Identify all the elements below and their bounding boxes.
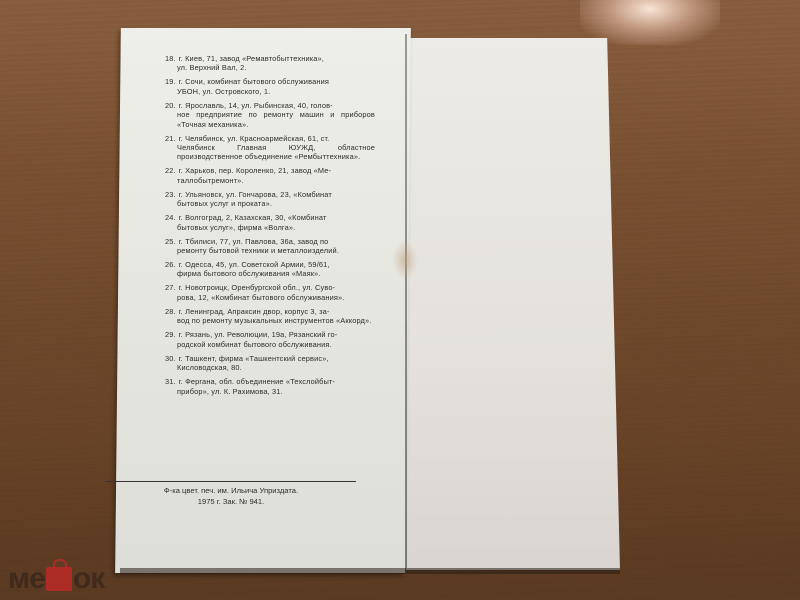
entry-text: г. Ульяновск, ул. Гончарова, 23, «Комбин…: [179, 190, 332, 199]
entry-text: г. Волгоград, 2, Казахская, 30, «Комбина…: [179, 213, 327, 222]
entry-text: г. Ленинград, Апраксин двор, корпус 3, з…: [179, 307, 330, 316]
entry-number: 23.: [165, 190, 176, 199]
entry-number: 21.: [165, 134, 176, 143]
entry-text-cont: Кисловодская, 80.: [165, 363, 375, 372]
list-item: 23.г. Ульяновск, ул. Гончарова, 23, «Ком…: [165, 190, 375, 209]
page-edge-shadow: [120, 568, 620, 574]
entry-text: г. Фергана, обл. объединение «Техслойбыт…: [179, 377, 335, 386]
entry-text: г. Харьков, пер. Короленко, 21, завод «М…: [179, 166, 331, 175]
shopping-bag-icon: [46, 567, 72, 591]
watermark-text-left: ме: [8, 562, 45, 595]
list-item: 21.г. Челябинск, ул. Красноармейская, 61…: [165, 134, 375, 162]
watermark-text-right: ок: [73, 562, 104, 595]
list-item: 27.г. Новотроицк, Оренбургской обл., ул.…: [165, 283, 375, 302]
entry-text-cont: УБОН, ул. Островского, 1.: [165, 87, 375, 96]
entry-text-cont: бытовых услуг», фирма «Волга».: [165, 223, 375, 232]
list-item: 19.г. Сочи, комбинат бытового обслуживан…: [165, 77, 375, 96]
entry-text: г. Сочи, комбинат бытового обслуживания: [179, 77, 329, 86]
entry-number: 26.: [165, 260, 176, 269]
entry-number: 22.: [165, 166, 176, 175]
imprint-line-2: 1975 г. Зак. № 941.: [106, 497, 356, 508]
entry-text-cont: прибор», ул. К. Рахимова, 31.: [165, 387, 375, 396]
list-item: 30.г. Ташкент, фирма «Ташкентский сервис…: [165, 354, 375, 373]
entry-text-cont: фирма бытового обслуживания «Маяк».: [165, 269, 375, 278]
entry-text-cont: ное предприятие по ремонту машин и прибо…: [165, 110, 375, 129]
entry-text-cont: родской комбинат бытового обслуживания.: [165, 340, 375, 349]
entry-number: 24.: [165, 213, 176, 222]
list-item: 31.г. Фергана, обл. объединение «Техслой…: [165, 377, 375, 396]
spine-stain: [392, 240, 418, 280]
imprint-divider: [106, 481, 356, 482]
entry-number: 27.: [165, 283, 176, 292]
entry-number: 30.: [165, 354, 176, 363]
entry-text: г. Киев, 71, завод «Ремавтобыттехника»,: [179, 54, 324, 63]
entry-number: 20.: [165, 101, 176, 110]
entry-number: 19.: [165, 77, 176, 86]
entry-text: г. Одесса, 45, ул. Советской Армии, 59/6…: [179, 260, 330, 269]
entry-text-cont: бытовых услуг и проката».: [165, 199, 375, 208]
entry-number: 29.: [165, 330, 176, 339]
list-item: 22.г. Харьков, пер. Короленко, 21, завод…: [165, 166, 375, 185]
entry-number: 25.: [165, 237, 176, 246]
watermark-logo: меок: [8, 562, 104, 596]
list-item: 25.г. Тбилиси, 77, ул. Павлова, 36а, зав…: [165, 237, 375, 256]
list-item: 18.г. Киев, 71, завод «Ремавтобыттехника…: [165, 54, 375, 73]
entry-text: г. Челябинск, ул. Красноармейская, 61, с…: [179, 134, 330, 143]
entry-text: г. Ярославль, 14, ул. Рыбинская, 40, гол…: [179, 101, 333, 110]
right-page: [406, 38, 620, 570]
entry-text-cont: рова, 12, «Комбинат бытового обслуживани…: [165, 293, 375, 302]
list-item: 29.г. Рязань, ул. Революции, 19а, Рязанс…: [165, 330, 375, 349]
list-item: 28.г. Ленинград, Апраксин двор, корпус 3…: [165, 307, 375, 326]
entry-text-cont: ремонту бытовой техники и металлоизделий…: [165, 246, 375, 255]
entry-text-cont: ул. Верхний Вал, 2.: [165, 63, 375, 72]
list-item: 24.г. Волгоград, 2, Казахская, 30, «Комб…: [165, 213, 375, 232]
entry-text-cont: вод по ремонту музыкальных инструментов …: [165, 316, 375, 325]
booklet-spine: [405, 34, 407, 568]
entry-number: 31.: [165, 377, 176, 386]
entry-text-cont: Челябинск Главная ЮУЖД, областное произв…: [165, 143, 375, 162]
entry-number: 28.: [165, 307, 176, 316]
address-list: 18.г. Киев, 71, завод «Ремавтобыттехника…: [165, 54, 375, 401]
entry-text: г. Ташкент, фирма «Ташкентский сервис»,: [179, 354, 329, 363]
entry-number: 18.: [165, 54, 176, 63]
entry-text-cont: таллобытремонт».: [165, 176, 375, 185]
imprint-line-1: Ф-ка цвет. печ. им. Ильича Уприздата.: [106, 486, 356, 497]
entry-text: г. Новотроицк, Оренбургской обл., ул. Су…: [179, 283, 335, 292]
printer-imprint: Ф-ка цвет. печ. им. Ильича Уприздата. 19…: [106, 486, 356, 507]
entry-text: г. Рязань, ул. Революции, 19а, Рязанский…: [179, 330, 338, 339]
list-item: 20.г. Ярославль, 14, ул. Рыбинская, 40, …: [165, 101, 375, 129]
list-item: 26.г. Одесса, 45, ул. Советской Армии, 5…: [165, 260, 375, 279]
entry-text: г. Тбилиси, 77, ул. Павлова, 36а, завод …: [179, 237, 329, 246]
